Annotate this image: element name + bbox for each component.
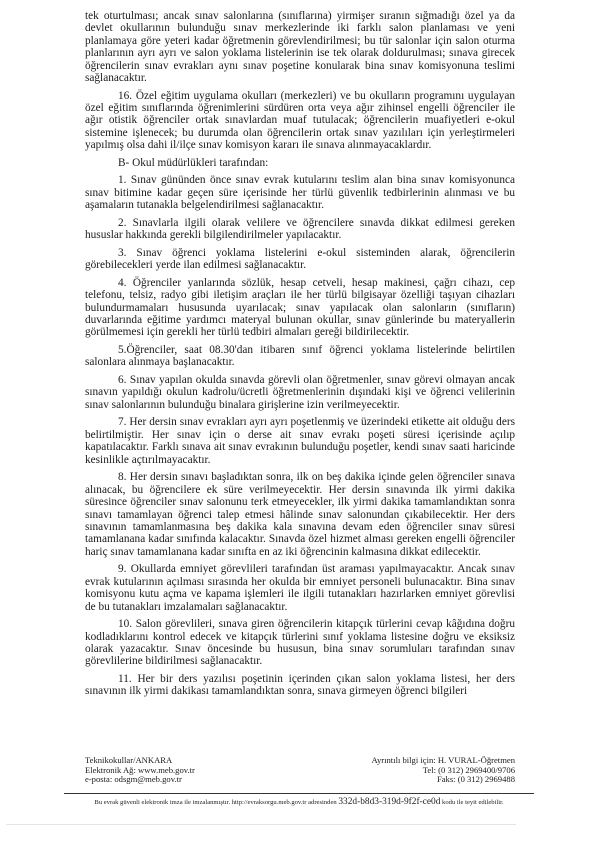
footer-contact-block: Ayrıntılı bilgi için: H. VURAL-Öğretmen … bbox=[372, 756, 515, 785]
footer-email: e-posta: odsgm@meb.gov.tr bbox=[85, 775, 195, 785]
verification-code: 332d-b8d3-319d-9f2f-ce0d bbox=[338, 797, 440, 807]
verification-suffix: kodu ile teyit edilebilir. bbox=[442, 799, 504, 806]
paragraph-item-5: 5.Öğrenciler, saat 08.30'dan itibaren sı… bbox=[85, 344, 515, 369]
paragraph-continuation: tek oturtulması; ancak sınav salonlarına… bbox=[85, 10, 515, 84]
paragraph-item-1: 1. Sınav gününden önce sınav evrak kutul… bbox=[85, 174, 515, 211]
paragraph-item-2: 2. Sınavlarla ilgili olarak velilere ve … bbox=[85, 217, 515, 242]
paragraph-item-3: 3. Sınav öğrenci yoklama listelerini e-o… bbox=[85, 247, 515, 272]
section-heading-b: B- Okul müdürlükleri tarafından: bbox=[85, 157, 515, 169]
paragraph-item-10: 10. Salon görevlileri, sınava giren öğre… bbox=[85, 618, 515, 668]
paragraph-item-7: 7. Her dersin sınav evrakları ayrı ayrı … bbox=[85, 416, 515, 466]
paragraph-item-9: 9. Okullarda emniyet görevlileri tarafın… bbox=[85, 563, 515, 613]
verification-prefix: Bu evrak güvenli elektronik imza ile imz… bbox=[94, 799, 336, 806]
letterhead-footer: Teknikokullar/ANKARA Elektronik Ağ: www.… bbox=[85, 756, 515, 794]
paragraph-item-6: 6. Sınav yapılan okulda sınavda görevli … bbox=[85, 374, 515, 411]
paragraph-item-4: 4. Öğrenciler yanlarında sözlük, hesap c… bbox=[85, 277, 515, 339]
paragraph-item-11: 11. Her bir ders yazılısı poşetinin içer… bbox=[85, 673, 515, 698]
footer-address-block: Teknikokullar/ANKARA Elektronik Ağ: www.… bbox=[85, 756, 195, 785]
document-body: tek oturtulması; ancak sınav salonlarına… bbox=[85, 10, 515, 698]
footer-fax: Faks: (0 312) 2969488 bbox=[372, 775, 515, 785]
footer-divider bbox=[64, 793, 534, 794]
paragraph-item-16: 16. Özel eğitim uygulama okulları (merke… bbox=[85, 90, 515, 152]
scan-edge-line bbox=[6, 824, 516, 825]
paragraph-item-8: 8. Her dersin sınavı başladıktan sonra, … bbox=[85, 471, 515, 558]
e-signature-verification: Bu evrak güvenli elektronik imza ile imz… bbox=[64, 797, 534, 808]
